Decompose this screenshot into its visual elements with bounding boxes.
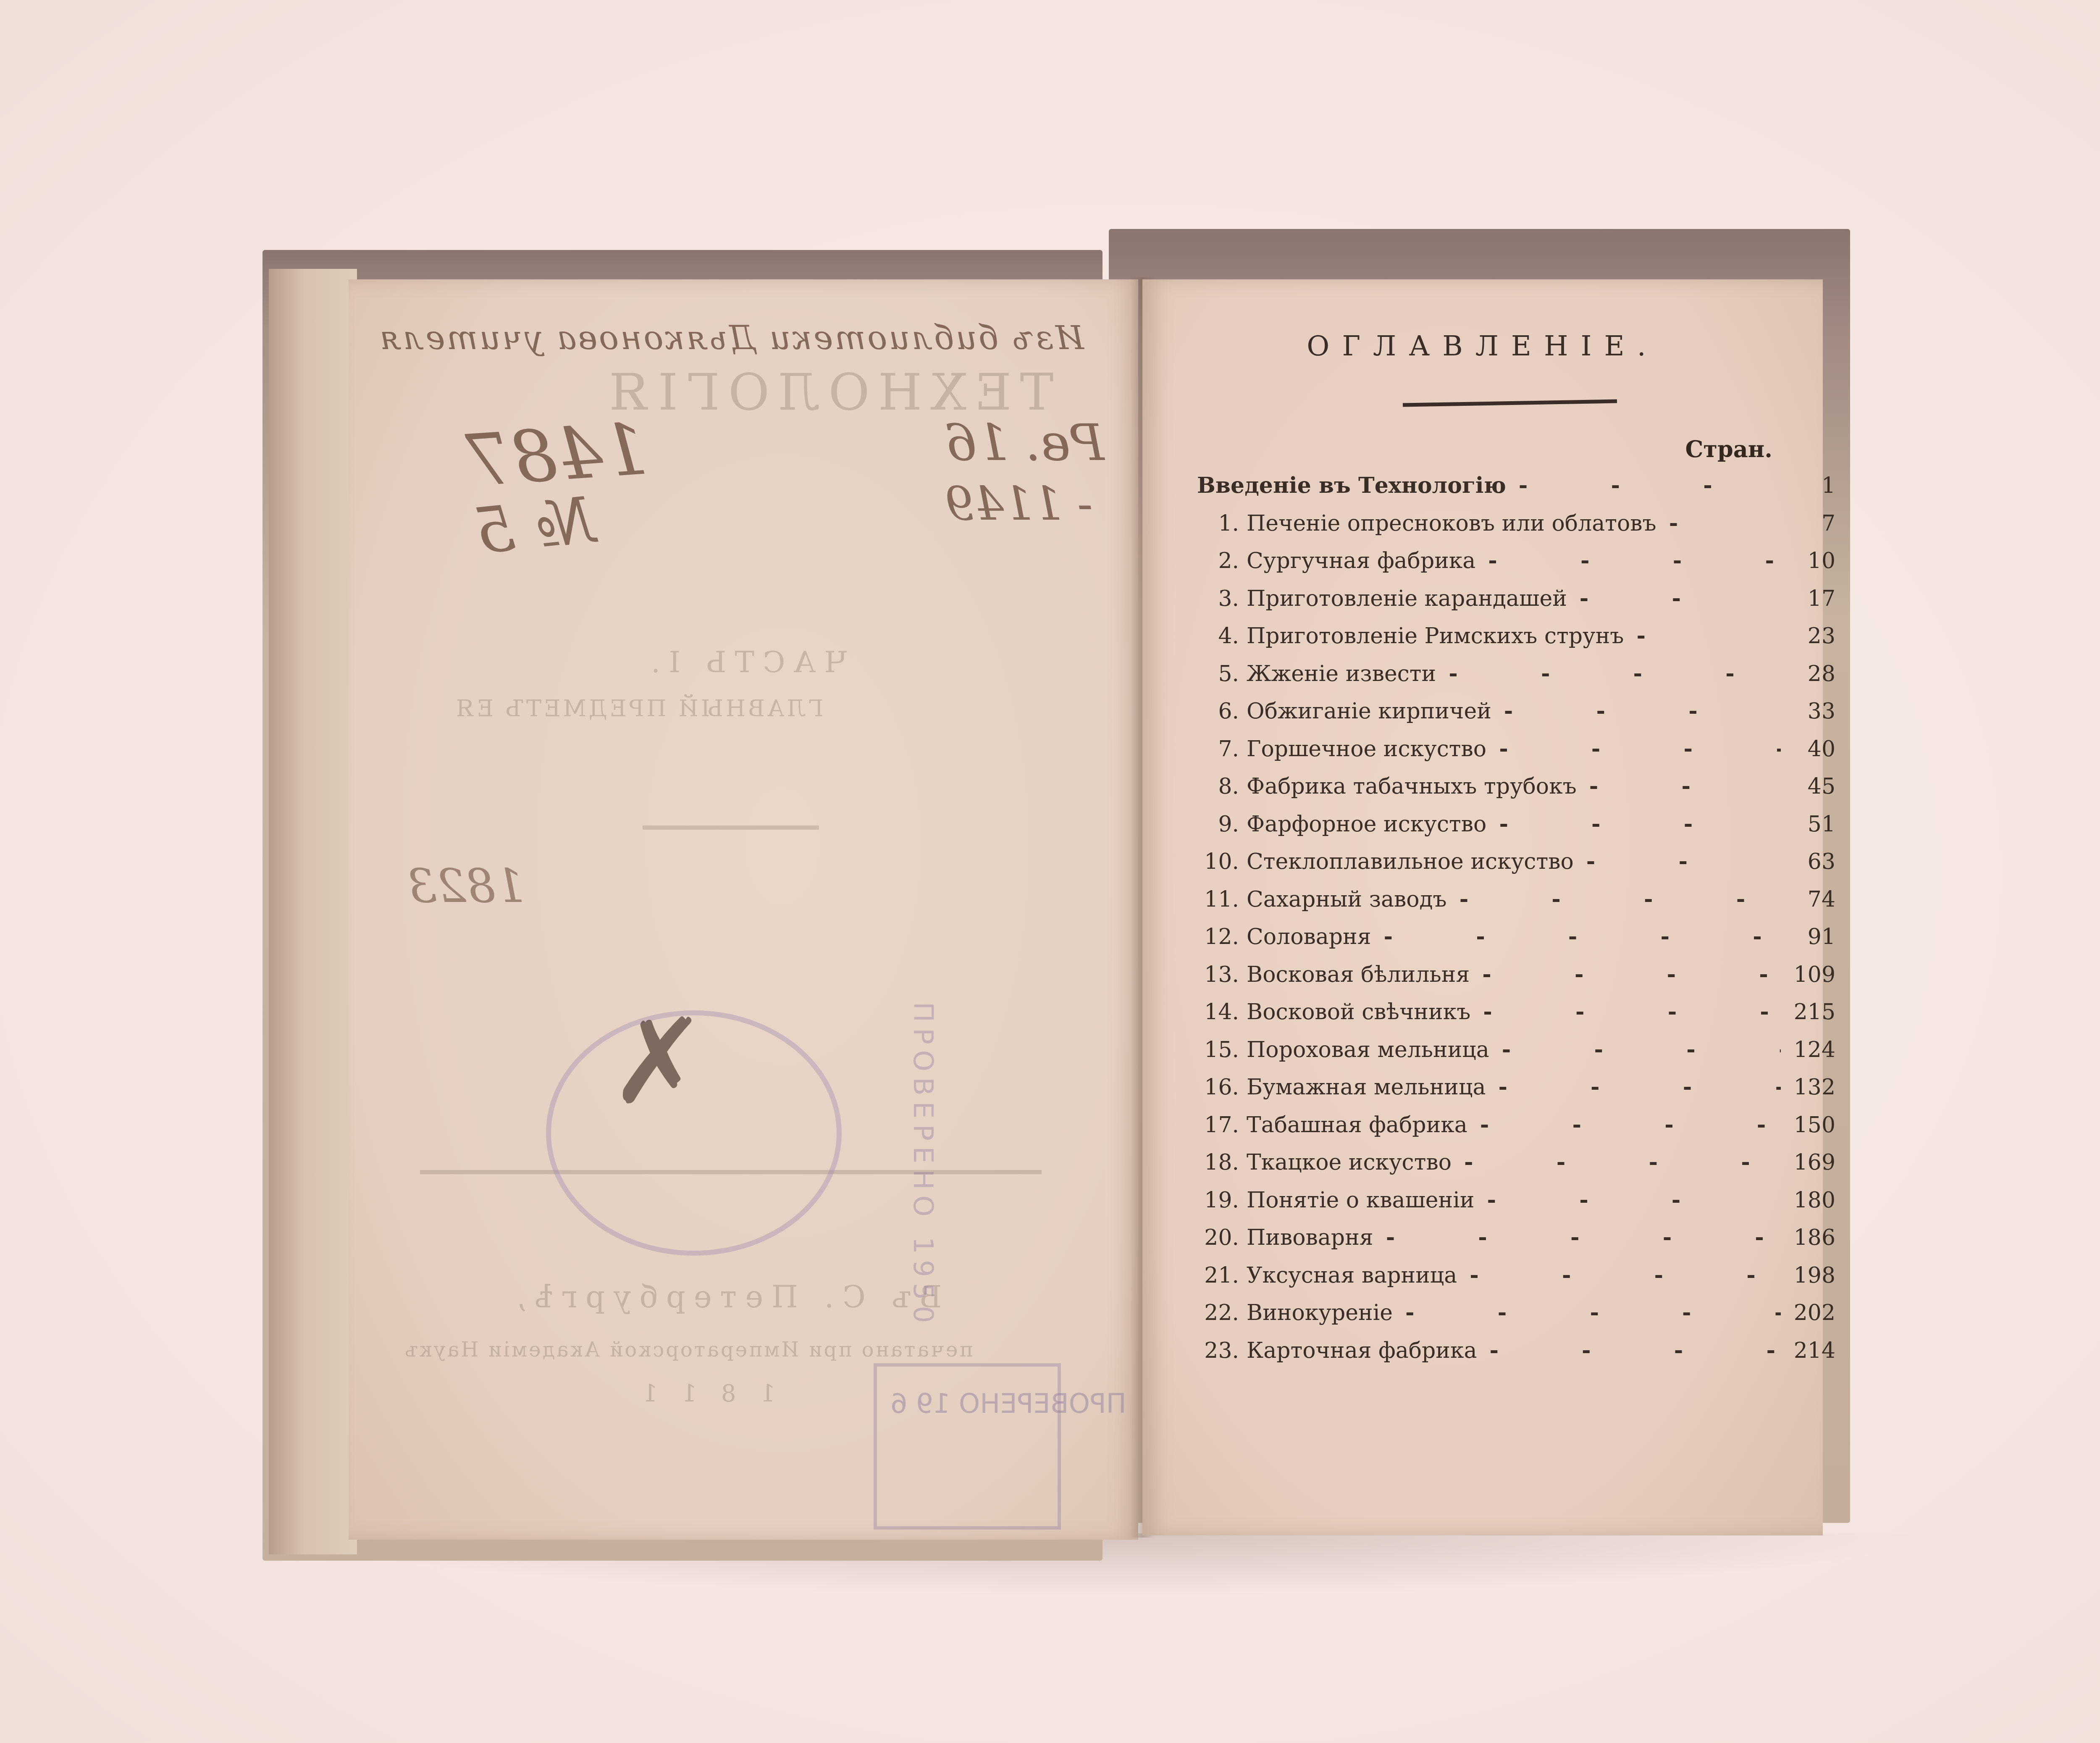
toc-leader-dots: - - - - [1486, 1074, 1781, 1100]
toc-leader-dots: - - - - - [1373, 1225, 1781, 1250]
toc-entry: 12. Соловарня - - - - - 91 [1197, 924, 1835, 962]
toc-entry-number: 15. [1197, 1037, 1247, 1062]
toc-entry-page: 186 [1781, 1225, 1835, 1250]
toc-entry: 17. Табашная фабрика - - - - 150 [1197, 1112, 1835, 1150]
toc-entry: 5. Жженіе извести - - - - 28 [1197, 661, 1835, 699]
toc-entry-page: 45 [1781, 774, 1835, 799]
toc-leader-dots: - - - [1475, 1187, 1781, 1213]
toc-entry-label: Пороховая мельница [1247, 1037, 1489, 1062]
toc-entry-page: 40 [1781, 736, 1835, 762]
toc-entry: 22. Винокуреніе - - - - - 202 [1197, 1300, 1835, 1338]
toc-entry-page: 7 [1781, 511, 1835, 536]
toc-entry-label: Винокуреніе [1247, 1300, 1393, 1325]
toc-leader-dots: - - - - [1467, 1112, 1781, 1138]
toc-entry: 18. Ткацкое искуство - - - - 169 [1197, 1149, 1835, 1187]
toc-entry-label: Соловарня [1247, 924, 1371, 949]
toc-entry-page: 10 [1781, 548, 1835, 573]
toc-entry-number: 17. [1197, 1112, 1247, 1138]
toc-entry-label: Приготовленіе карандашей [1247, 586, 1567, 611]
toc-entry-number: 16. [1197, 1075, 1247, 1100]
cross-mark-icon: ✗ [609, 994, 708, 1130]
toc-leader-dots: - - - - [1491, 698, 1781, 724]
toc-entry: 8. Фабрика табачныхъ трубокъ - - 45 [1197, 773, 1835, 811]
handwritten-inscription: Изъ библиотеки Дьяконова учителя [378, 319, 1084, 357]
toc-entry: 3. Приготовленіе карандашей - - 17 [1197, 586, 1835, 623]
toc-leader-dots: - - - - [1486, 736, 1781, 762]
toc-entry-number: 1. [1197, 511, 1247, 536]
toc-entry-page: 169 [1781, 1150, 1835, 1175]
toc-entry: 16. Бумажная мельница - - - - 132 [1197, 1074, 1835, 1112]
toc-leader-dots: - [1656, 510, 1781, 536]
toc-entry-label: Обжиганіе кирпичей [1247, 699, 1491, 724]
toc-leader-dots: - - - - [1489, 1037, 1781, 1062]
toc-entry-page: 28 [1781, 661, 1835, 686]
page-column-header: Стран. [1685, 436, 1772, 463]
toc-entry-number: 21. [1197, 1263, 1247, 1288]
left-page: ТЕХНОЛОГІЯ ЧАСТЬ I. ГЛАВНЫЙ ПРЕДМЕТЪ ЕЯ … [349, 279, 1138, 1540]
toc-entry: 21. Уксусная варница - - - - 198 [1197, 1262, 1835, 1300]
toc-entry: 15. Пороховая мельница - - - - 124 [1197, 1037, 1835, 1075]
handwritten-number: - 1149 [945, 477, 1093, 531]
toc-entry-page: 214 [1781, 1338, 1835, 1363]
toc-entry-number: 8. [1197, 774, 1247, 799]
toc-entry-number: 3. [1197, 586, 1247, 611]
toc-entry-page: 91 [1781, 924, 1835, 949]
toc-entry-number: 4. [1197, 623, 1247, 649]
toc-entry: 10. Стеклоплавильное искуство - - 63 [1197, 849, 1835, 886]
handwritten-number: Рв. 16 [945, 414, 1105, 472]
toc-leader-dots: - - - - [1470, 962, 1781, 987]
toc-leader-dots: - - - - [1477, 1338, 1781, 1363]
bleed-through-rule [643, 825, 819, 830]
toc-leader-dots: - [1624, 623, 1781, 649]
toc-entry-number: 18. [1197, 1150, 1247, 1175]
toc-entry-number: 14. [1197, 999, 1247, 1025]
toc-entry: 7. Горшечное искуство - - - - 40 [1197, 736, 1835, 774]
toc-entry-number: 5. [1197, 661, 1247, 686]
toc-entry-number: 6. [1197, 699, 1247, 724]
toc-entry: 19. Понятіе о квашеніи - - - 180 [1197, 1187, 1835, 1225]
bleed-through-title: ТЕХНОЛОГІЯ [601, 363, 1053, 422]
toc-entry-label: Сахарный заводъ [1247, 887, 1447, 912]
toc-leader-dots: - - - - [1436, 661, 1781, 686]
toc-entry: Введеніе въ Технологію - - - 1 [1197, 473, 1835, 510]
toc-entry-number: 12. [1197, 924, 1247, 949]
toc-entry-page: 215 [1781, 999, 1835, 1025]
handwritten-number: № 5 [471, 484, 598, 569]
toc-entry-number: 9. [1197, 812, 1247, 837]
toc-entry: 1. Печеніе опресноковъ или облатовъ - 7 [1197, 510, 1835, 548]
right-page: ОГЛАВЛЕНІЕ. Стран. Введеніе въ Технологі… [1142, 279, 1823, 1535]
toc-entry-label: Сургучная фабрика [1247, 548, 1475, 573]
toc-leader-dots: - - - - [1470, 999, 1781, 1025]
toc-entry-page: 51 [1781, 812, 1835, 837]
toc-leader-dots: - - [1574, 849, 1781, 874]
toc-entry: 14. Восковой свѣчникъ - - - - 215 [1197, 999, 1835, 1037]
bleed-through-city: Въ С. Петербургѣ, [508, 1279, 942, 1314]
toc-entry: 13. Восковая бѣлильня - - - - 109 [1197, 962, 1835, 999]
toc-entry-label: Понятіе о квашеніи [1247, 1188, 1475, 1213]
bleed-through-press: печатано при Императорской Академіи Наук… [403, 1338, 973, 1362]
toc-entry-label: Введеніе въ Технологію [1197, 473, 1506, 498]
toc-entry-number: 10. [1197, 849, 1247, 874]
toc-entry-page: 124 [1781, 1037, 1835, 1062]
toc-leader-dots: - - - [1486, 811, 1781, 837]
toc-leader-dots: - - - - [1457, 1262, 1781, 1288]
toc-entry-label: Жженіе извести [1247, 661, 1436, 686]
toc-entry-label: Карточная фабрика [1247, 1338, 1477, 1363]
toc-leader-dots: - - - - [1447, 886, 1781, 912]
toc-entry-number: 19. [1197, 1188, 1247, 1213]
toc-entry-number: 23. [1197, 1338, 1247, 1363]
rectangular-stamp-text: ПРОВЕРЕНО 19 6 [890, 1388, 1126, 1420]
toc-entry-label: Горшечное искуство [1247, 736, 1486, 762]
toc-leader-dots: - - - - [1475, 548, 1781, 573]
toc-entry-label: Восковая бѣлильня [1247, 962, 1470, 987]
toc-entry-number: 13. [1197, 962, 1247, 987]
handwritten-number: 1823 [407, 859, 525, 913]
toc-entry-page: 74 [1781, 887, 1835, 912]
toc-entry: 4. Приготовленіе Римскихъ струнъ - 23 [1197, 623, 1835, 661]
toc-list: Введеніе въ Технологію - - - 1 1. Печені… [1197, 473, 1835, 1375]
toc-entry-label: Фарфорное искуство [1247, 812, 1486, 837]
toc-entry-label: Фабрика табачныхъ трубокъ [1247, 774, 1577, 799]
toc-entry-label: Уксусная варница [1247, 1263, 1457, 1288]
toc-entry-page: 180 [1781, 1188, 1835, 1213]
toc-leader-dots: - - - - - [1371, 924, 1781, 949]
page-title: ОГЛАВЛЕНІЕ. [1142, 330, 1823, 362]
bleed-through-line: ГЛАВНЫЙ ПРЕДМЕТЪ ЕЯ [454, 695, 823, 722]
toc-entry-number: 22. [1197, 1300, 1247, 1325]
toc-entry-label: Бумажная мельница [1247, 1075, 1486, 1100]
toc-entry-page: 1 [1781, 473, 1835, 498]
toc-leader-dots: - - - - [1452, 1149, 1781, 1175]
vertical-stamp: ПРОВЕРЕНО 1950 [907, 1002, 938, 1329]
toc-leader-dots: - - - - - [1393, 1300, 1781, 1325]
toc-entry-number: 7. [1197, 736, 1247, 762]
toc-entry-number: 20. [1197, 1225, 1247, 1250]
toc-entry-page: 202 [1781, 1300, 1835, 1325]
toc-entry-page: 150 [1781, 1112, 1835, 1138]
toc-entry: 9. Фарфорное искуство - - - 51 [1197, 811, 1835, 849]
toc-entry: 11. Сахарный заводъ - - - - 74 [1197, 886, 1835, 924]
toc-entry-label: Пивоварня [1247, 1225, 1373, 1250]
toc-leader-dots: - - [1577, 773, 1781, 799]
toc-entry: 6. Обжиганіе кирпичей - - - - 33 [1197, 698, 1835, 736]
flyleaf-strip [269, 269, 357, 1554]
toc-entry-page: 33 [1781, 699, 1835, 724]
toc-entry-page: 17 [1781, 586, 1835, 611]
bleed-through-line: ЧАСТЬ I. [643, 645, 847, 679]
toc-entry-label: Приготовленіе Римскихъ струнъ [1247, 623, 1624, 649]
toc-entry: 23. Карточная фабрика - - - - 214 [1197, 1338, 1835, 1375]
title-rule [1403, 400, 1617, 407]
toc-entry-number: 11. [1197, 887, 1247, 912]
toc-entry-label: Восковой свѣчникъ [1247, 999, 1470, 1025]
toc-entry-page: 63 [1781, 849, 1835, 874]
toc-leader-dots: - - - [1506, 473, 1781, 498]
toc-entry-label: Печеніе опресноковъ или облатовъ [1247, 511, 1656, 536]
toc-entry-number: 2. [1197, 548, 1247, 573]
toc-entry-page: 109 [1781, 962, 1835, 987]
toc-entry-page: 198 [1781, 1263, 1835, 1288]
toc-entry: 2. Сургучная фабрика - - - - 10 [1197, 548, 1835, 586]
toc-entry-label: Табашная фабрика [1247, 1112, 1467, 1138]
toc-entry-label: Стеклоплавильное искуство [1247, 849, 1574, 874]
toc-entry: 20. Пивоварня - - - - - 186 [1197, 1225, 1835, 1262]
toc-entry-page: 132 [1781, 1075, 1835, 1100]
toc-entry-page: 23 [1781, 623, 1835, 649]
toc-entry-label: Ткацкое искуство [1247, 1150, 1452, 1175]
bleed-through-year: 1 8 1 1 [634, 1380, 775, 1407]
toc-leader-dots: - - [1567, 586, 1781, 611]
scan-background: ТЕХНОЛОГІЯ ЧАСТЬ I. ГЛАВНЫЙ ПРЕДМЕТЪ ЕЯ … [0, 0, 2100, 1743]
